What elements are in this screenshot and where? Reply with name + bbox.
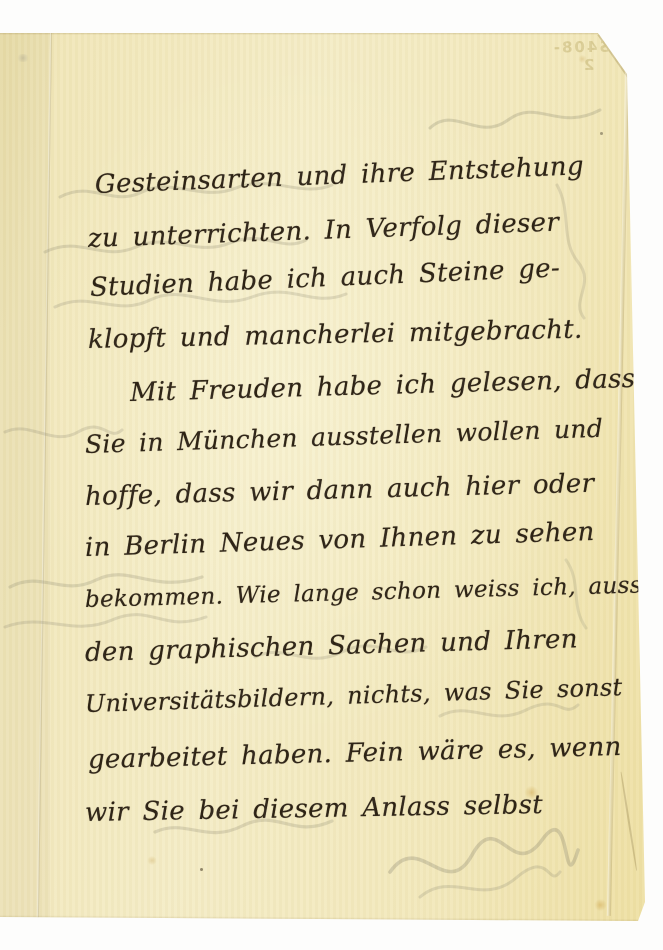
- handwriting-line: Studien habe ich auch Steine ge-: [89, 253, 560, 303]
- handwriting-line: zu unterrichten. In Verfolg dieser: [87, 208, 559, 254]
- handwriting-line: den graphischen Sachen und Ihren: [85, 624, 579, 668]
- handwriting-line: klopft und mancherlei mitgebracht.: [88, 315, 583, 355]
- fold-crease: [37, 33, 52, 919]
- ink-speck: [600, 132, 603, 135]
- letter-paper: KS408-2 Gesteinsarten und ihre Entstehun…: [0, 0, 663, 950]
- paper-top-edge: [0, 33, 598, 35]
- handwriting-line: Gesteinsarten und ihre Entstehung: [94, 151, 584, 200]
- handwriting-line: Sie in München ausstellen wollen und: [85, 414, 604, 459]
- paper-right-edge: [607, 40, 630, 916]
- handwriting-line: in Berlin Neues von Ihnen zu sehen: [85, 517, 595, 563]
- handwriting-line: wir Sie bei diesem Anlass selbst: [85, 790, 543, 828]
- handwriting-line: Mit Freuden habe ich gelesen, dass: [130, 364, 636, 408]
- handwriting-line: Universitätsbildern, nichts, was Sie son…: [85, 673, 623, 718]
- bottom-right-crease: [620, 772, 637, 871]
- fold-shading: [0, 33, 50, 917]
- handwriting-line: gearbeitet haben. Fein wäre es, wenn: [88, 732, 622, 775]
- stamp-showthrough: KS408-2: [546, 37, 631, 74]
- paper-bottom-edge: [0, 915, 640, 922]
- foxing-spot: [594, 899, 607, 911]
- handwriting-line: hoffe, dass wir dann auch hier oder: [85, 469, 595, 512]
- scan-background: { "page": { "kind": "scanned handwritten…: [0, 0, 663, 950]
- ink-speck: [200, 868, 203, 871]
- foxing-spot: [147, 856, 157, 865]
- handwriting-line: bekommen. Wie lange schon weiss ich, aus…: [85, 572, 663, 613]
